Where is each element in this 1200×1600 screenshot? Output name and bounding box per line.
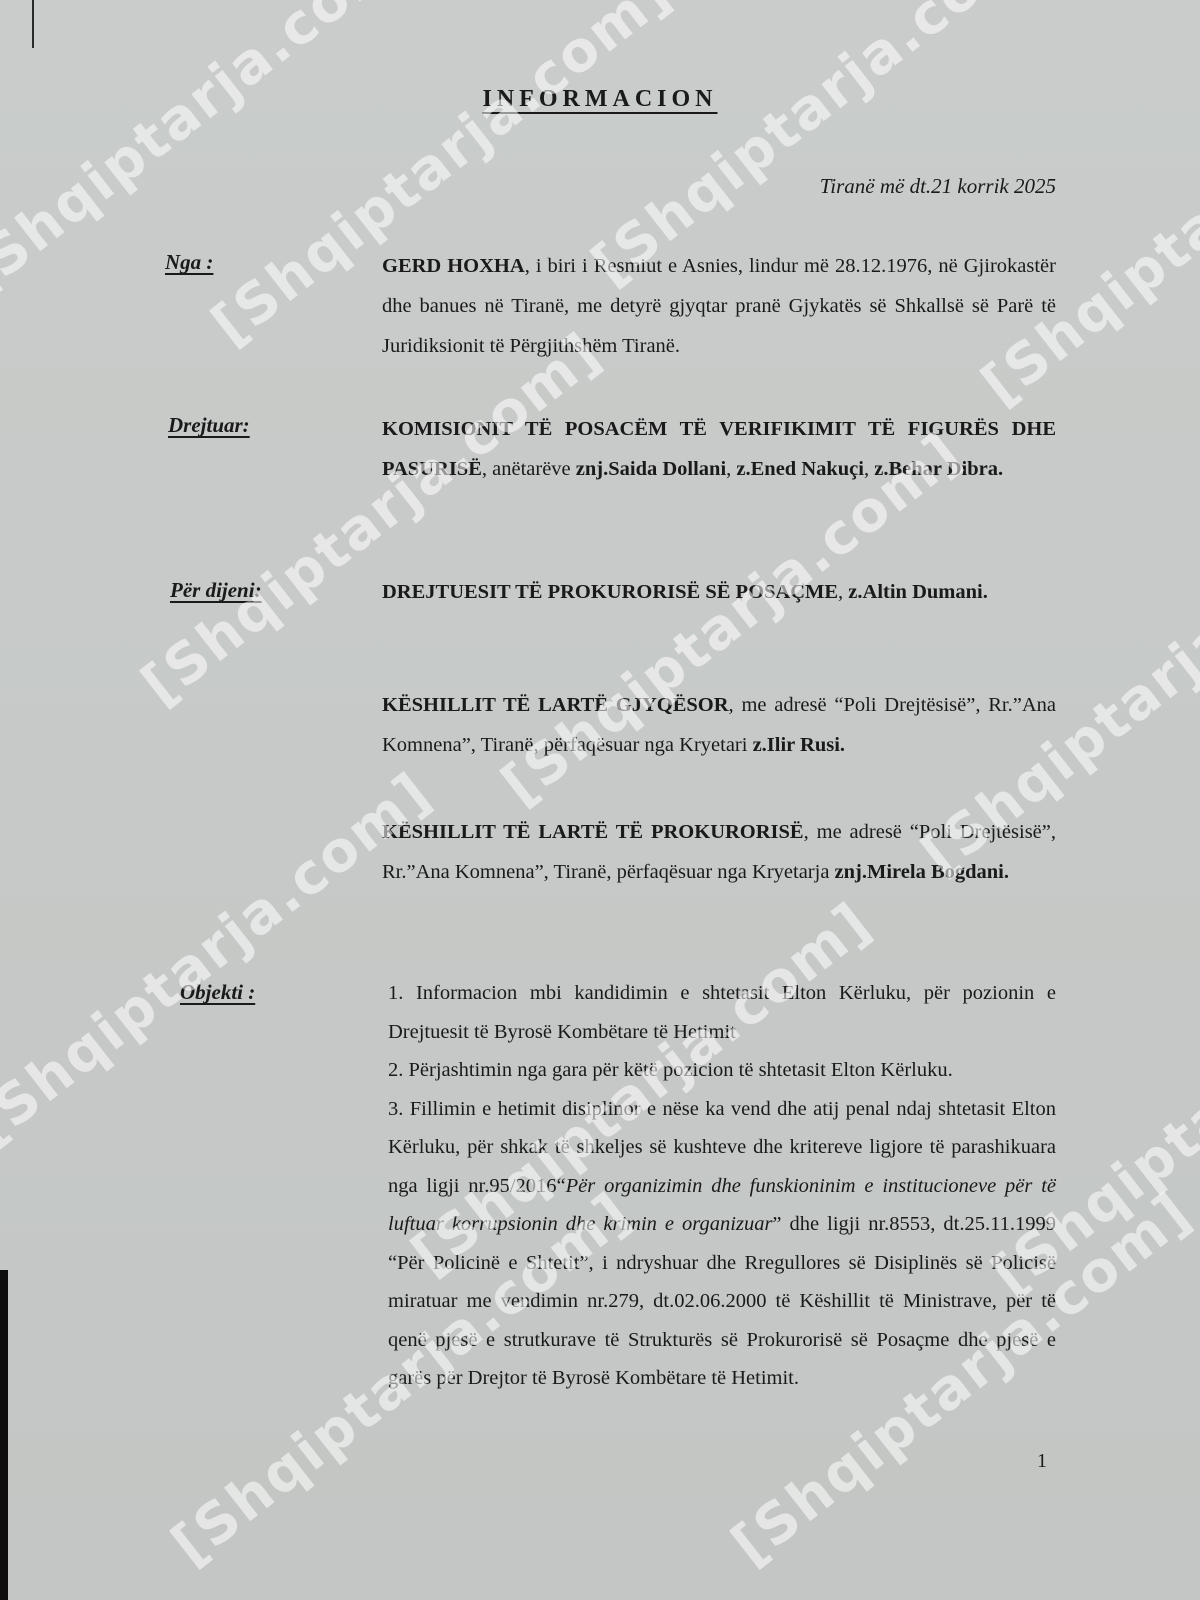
member-2: z.Ened Nakuçi	[736, 458, 864, 480]
label-objekti: Objekti :	[180, 980, 255, 1005]
recipient-text: , anëtarëve	[482, 458, 576, 480]
document-page: INFORMACION Tiranë më dt.21 korrik 2025 …	[0, 0, 1200, 1600]
section-nga: GERD HOXHA, i biri i Resmiut e Asnies, l…	[382, 246, 1056, 366]
cc-text: ,	[838, 581, 848, 603]
page-number: 1	[1037, 1450, 1047, 1473]
label-nga: Nga :	[165, 250, 213, 275]
objekti-item-1: 1. Informacion mbi kandidimin e shtetasi…	[388, 974, 1056, 1051]
cc-item: KËSHILLIT TË LARTË GJYQËSOR, me adresë “…	[382, 685, 1056, 765]
section-objekti: 1. Informacion mbi kandidimin e shtetasi…	[388, 974, 1056, 1398]
watermark: [Shqiptarja.com]	[130, 320, 614, 718]
cc-person: znj.Mirela Bogdani.	[835, 861, 1009, 883]
label-per-dijeni: Për dijeni:	[170, 578, 262, 603]
cc-institution: KËSHILLIT TË LARTË GJYQËSOR	[382, 694, 729, 716]
member-1: znj.Saida Dollani	[576, 458, 726, 480]
cc-item: DREJTUESIT TË PROKURORISË SË POSAÇME, z.…	[382, 572, 1056, 612]
cc-institution: KËSHILLIT TË LARTË TË PROKURORISË	[382, 821, 804, 843]
cc-person: z.Altin Dumani.	[848, 581, 988, 603]
section-drejtuar: KOMISIONIT TË POSACËM TË VERIFIKIMIT TË …	[382, 409, 1056, 489]
staple-mark	[32, 0, 34, 48]
member-3: z.Behar Dibra.	[874, 458, 1003, 480]
watermark: [Shqiptarja.com]	[0, 0, 434, 308]
page-edge-shadow	[0, 1270, 8, 1600]
cc-item: KËSHILLIT TË LARTË TË PROKURORISË, me ad…	[382, 812, 1056, 892]
cc-person: z.Ilir Rusi.	[753, 734, 845, 756]
objekti-item-2: 2. Përjashtimin nga gara për këtë pozici…	[388, 1051, 1056, 1090]
objekti-item-3: 3. Fillimin e hetimit disiplinor e nëse …	[388, 1090, 1056, 1398]
date-line: Tiranë më dt.21 korrik 2025	[820, 174, 1056, 199]
cc-institution: DREJTUESIT TË PROKURORISË SË POSAÇME	[382, 581, 838, 603]
label-drejtuar: Drejtuar:	[168, 413, 250, 438]
separator: ,	[726, 458, 736, 480]
objekti-item-3-text-cont: ” dhe ligji nr.8553, dt.25.11.1999 “Për …	[388, 1213, 1056, 1389]
sender-name: GERD HOXHA	[382, 255, 525, 277]
document-title: INFORMACION	[0, 86, 1200, 113]
separator: ,	[864, 458, 874, 480]
watermark: [Shqiptarja.com]	[0, 760, 444, 1158]
